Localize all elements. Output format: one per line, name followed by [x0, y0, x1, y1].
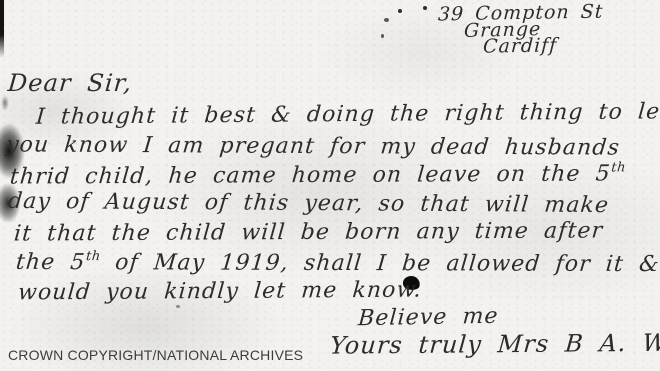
body-line: thrid child, he came home on leave on th…	[9, 161, 626, 188]
superscript: th	[85, 249, 101, 264]
ink-speck	[381, 34, 384, 38]
body-line: would you kindly let me know.	[17, 280, 423, 305]
body-line-text: of May 1919, shall I be allowed for it &	[99, 250, 660, 277]
body-line: it that the child will be born any time …	[13, 220, 604, 245]
body-line-text: it that the child will be born any time …	[13, 218, 604, 246]
ink-speck	[384, 18, 389, 22]
closing: Believe me	[357, 306, 499, 330]
signature: Yours truly Mrs B A. Witts	[329, 330, 660, 357]
letter-scan: 39 Compton St Grange Cardiff Dear Sir, I…	[0, 0, 660, 371]
scan-edge-mark	[0, 0, 4, 58]
ink-speck	[398, 9, 402, 13]
body-line: I thought it best & doing the right thin…	[35, 101, 660, 129]
superscript: th	[611, 160, 627, 175]
body-line-text: would you kindly let me know.	[17, 278, 423, 306]
body-line-text: I thought it best & doing the right thin…	[35, 99, 660, 130]
body-line: you know I am pregant for my dead husban…	[5, 134, 621, 159]
body-line: day of August of this year, so that will…	[7, 191, 610, 217]
ink-speck	[176, 305, 180, 308]
body-line: the 5th of May 1919, shall I be allowed …	[15, 250, 660, 276]
ink-speck	[423, 6, 427, 10]
copyright-caption: CROWN COPYRIGHT/NATIONAL ARCHIVES	[8, 347, 303, 363]
body-line-text: you know I am pregant for my dead husban…	[5, 132, 621, 160]
address-line: Cardiff	[483, 36, 558, 56]
body-line-text: thrid child, he came home on leave on th…	[9, 161, 612, 189]
body-line-text: the 5	[15, 250, 87, 275]
body-line-text: day of August of this year, so that will…	[7, 189, 610, 218]
salutation: Dear Sir,	[7, 71, 133, 95]
